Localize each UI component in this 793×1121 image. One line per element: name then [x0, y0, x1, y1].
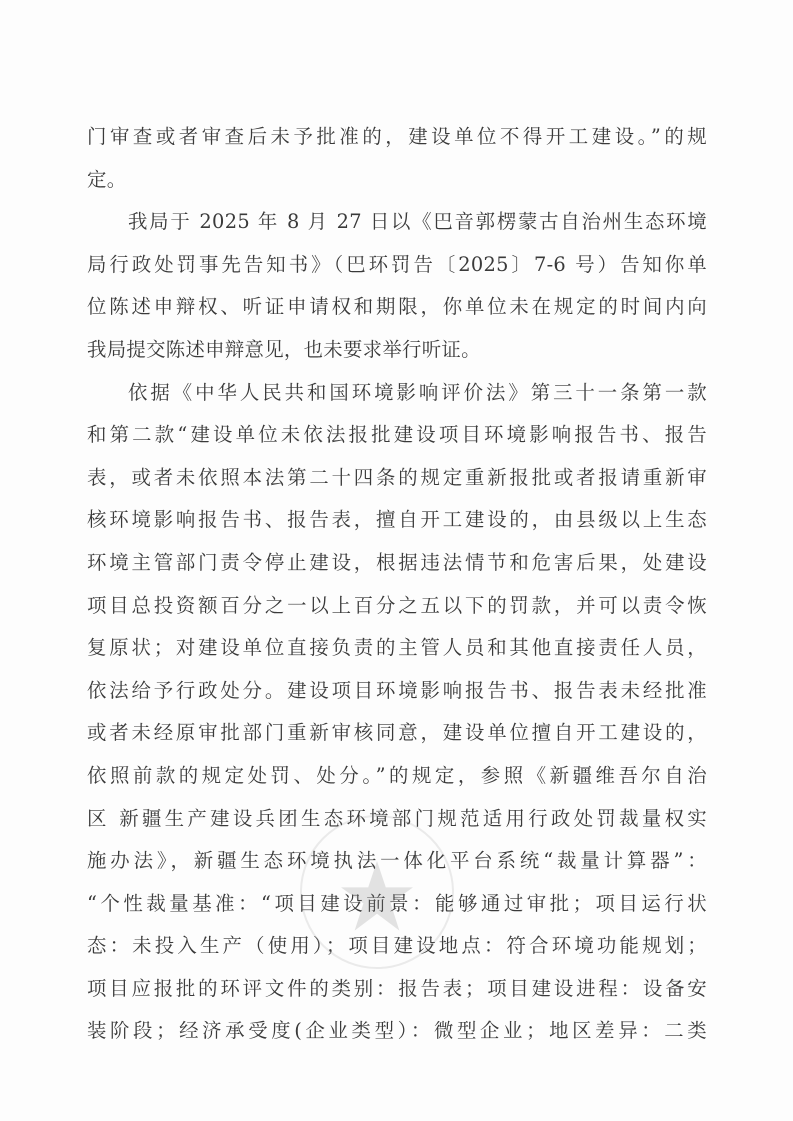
- text-line: 局行政处罚事先告知书》（巴环罚告〔2025〕7-6 号）告知你单: [87, 250, 707, 293]
- text-line: 复原状；对建设单位直接负责的主管人员和其他直接责任人员，: [87, 633, 707, 676]
- document-page: 门审查或者审查后未予批准的，建设单位不得开工建设。”的规 定。 我局于 2025…: [0, 0, 793, 1121]
- document-body: 门审查或者审查后未予批准的，建设单位不得开工建设。”的规 定。 我局于 2025…: [87, 122, 707, 1059]
- paragraph-start-line: 依据《中华人民共和国环境影响评价法》第三十一条第一款: [87, 378, 707, 421]
- text-line: 项目应报批的环评文件的类别：报告表；项目建设进程：设备安: [87, 974, 707, 1017]
- text-line: 表，或者未依照本法第二十四条的规定重新报批或者报请重新审: [87, 463, 707, 506]
- text-line: 环境主管部门责令停止建设，根据违法情节和危害后果，处建设: [87, 548, 707, 591]
- text-line: 或者未经原审批部门重新审核同意，建设单位擅自开工建设的，: [87, 718, 707, 761]
- text-line: 态：未投入生产（使用）；项目建设地点：符合环境功能规划；: [87, 931, 707, 974]
- text-line: 项目总投资额百分之一以上百分之五以下的罚款，并可以责令恢: [87, 591, 707, 634]
- text-line: 位陈述申辩权、听证申请权和期限，你单位未在规定的时间内向: [87, 292, 707, 335]
- text-line: 区 新疆生产建设兵团生态环境部门规范适用行政处罚裁量权实: [87, 804, 707, 847]
- text-line: 我局提交陈述申辩意见，也未要求举行听证。: [87, 335, 707, 378]
- text-line: 装阶段；经济承受度(企业类型）：微型企业；地区差异：二类: [87, 1016, 707, 1059]
- text-line: 门审查或者审查后未予批准的，建设单位不得开工建设。”的规: [87, 122, 707, 165]
- text-line: 依法给予行政处分。建设项目环境影响报告书、报告表未经批准: [87, 676, 707, 719]
- text-line: “个性裁量基准：“项目建设前景：能够通过审批；项目运行状: [87, 889, 707, 932]
- text-line: 依照前款的规定处罚、处分。”的规定，参照《新疆维吾尔自治: [87, 761, 707, 804]
- text-line: 和第二款“建设单位未依法报批建设项目环境影响报告书、报告: [87, 420, 707, 463]
- paragraph-start-line: 我局于 2025 年 8 月 27 日以《巴音郭楞蒙古自治州生态环境: [87, 207, 707, 250]
- text-line: 核环境影响报告书、报告表，擅自开工建设的，由县级以上生态: [87, 505, 707, 548]
- text-line: 施办法》，新疆生态环境执法一体化平台系统“裁量计算器”：: [87, 846, 707, 889]
- text-line: 定。: [87, 165, 707, 208]
